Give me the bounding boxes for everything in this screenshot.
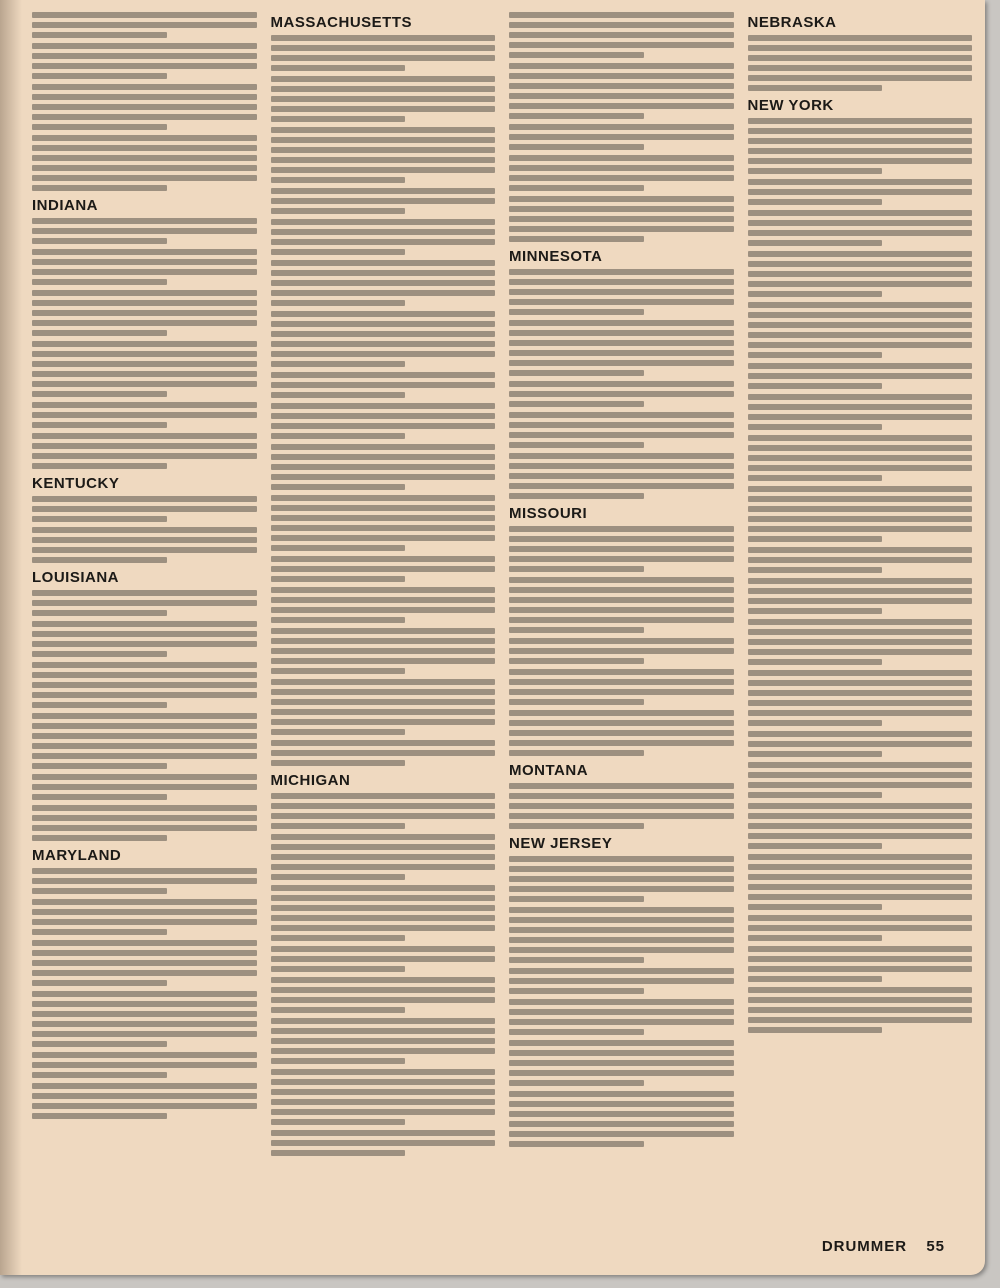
state-heading: NEBRASKA [748,14,973,31]
ad-text-line [32,341,257,347]
ad-text-line [271,239,496,245]
ad-text-line [748,189,973,195]
ad-text-line [509,1040,734,1046]
ad-text-line [271,454,496,460]
ad-text-line [748,823,973,829]
classified-ad [32,774,257,800]
ad-text-line [271,925,496,931]
ad-text-line [509,937,734,943]
ad-text-line [509,279,734,285]
ad-text-line [509,226,734,232]
classified-ad [32,1052,257,1078]
ad-text-line [271,729,406,735]
ad-text-line [271,679,496,685]
classified-ad [32,662,257,708]
ad-text-line [271,321,496,327]
classified-ad [509,269,734,315]
ad-text-line [748,332,973,338]
ad-text-line [509,330,734,336]
ad-text-line [509,12,734,18]
ad-text-line [271,65,406,71]
ad-text-line [748,854,973,860]
ad-text-line [748,251,973,257]
ad-text-line [32,516,167,522]
ad-text-line [271,1079,496,1085]
ad-text-line [509,269,734,275]
classified-ad [271,444,496,490]
classified-ad [748,302,973,358]
classified-ad [509,155,734,191]
ad-text-line [32,1093,257,1099]
classified-ad [748,619,973,665]
ad-text-line [748,649,973,655]
ad-text-line [271,699,496,705]
ad-text-line [509,391,734,397]
ad-text-line [509,22,734,28]
ad-text-line [32,228,257,234]
ad-text-line [748,445,973,451]
ad-text-line [748,720,883,726]
ad-text-line [748,45,973,51]
ad-text-line [271,668,406,674]
ad-text-line [271,280,496,286]
classified-ad [748,363,973,389]
ad-text-line [509,927,734,933]
ad-text-line [271,628,496,634]
ad-text-line [748,536,883,542]
ad-text-line [271,813,496,819]
ad-text-line [748,629,973,635]
ad-text-line [748,352,883,358]
ad-text-line [271,525,496,531]
ad-text-line [271,854,496,860]
ad-text-line [509,216,734,222]
page-binding-shadow [0,0,22,1275]
ad-text-line [271,137,496,143]
ad-text-line [748,547,973,553]
classified-ad [271,1130,496,1156]
ad-text-line [271,106,496,112]
classified-ad [271,260,496,306]
ad-text-line [748,588,973,594]
classified-ad [32,218,257,244]
ad-text-line [748,1027,883,1033]
ad-text-line [509,1080,644,1086]
classified-ad [32,135,257,191]
ad-text-line [271,556,496,562]
ad-text-line [509,165,734,171]
ad-text-line [32,218,257,224]
ad-text-line [271,793,496,799]
ad-text-line [748,85,883,91]
ad-text-line [509,566,644,572]
classified-ad [748,179,973,205]
ad-text-line [271,361,406,367]
ad-text-line [271,219,496,225]
ad-text-line [271,823,406,829]
ad-text-line [32,259,257,265]
ad-text-line [748,230,973,236]
ad-text-line [271,915,496,921]
ad-text-line [271,966,406,972]
ad-text-line [32,527,257,533]
ad-text-line [32,733,257,739]
ad-text-line [271,1069,496,1075]
ad-text-line [748,199,883,205]
ad-text-line [271,1089,496,1095]
ad-text-line [748,639,973,645]
ad-text-line [32,590,257,596]
ad-text-line [748,210,973,216]
classified-ad [32,290,257,336]
ad-text-line [271,515,496,521]
ad-text-line [748,404,973,410]
ad-text-line [32,651,167,657]
ad-text-line [748,322,973,328]
classified-ad [748,854,973,910]
classified-ad [509,669,734,705]
ad-text-line [271,433,406,439]
ad-text-line [748,925,973,931]
ad-text-line [271,987,496,993]
ad-text-line [509,689,734,695]
ad-text-line [32,330,167,336]
ad-text-line [509,1029,644,1035]
classified-ad [32,991,257,1047]
ad-text-line [509,73,734,79]
ad-text-line [509,597,734,603]
ad-text-line [748,496,973,502]
ad-text-line [32,888,167,894]
ad-text-line [271,229,496,235]
ad-text-line [748,65,973,71]
classified-ad [271,556,496,582]
classified-ad [509,577,734,633]
ad-text-line [32,672,257,678]
classified-ad [271,793,496,829]
ad-text-line [32,960,257,966]
ad-text-line [271,464,496,470]
ad-text-line [32,371,257,377]
ad-text-line [32,320,257,326]
ad-text-line [271,1099,496,1105]
classified-ad [748,394,973,430]
ad-text-line [271,956,496,962]
ad-text-line [748,342,973,348]
ad-text-line [271,977,496,983]
ad-text-line [509,1111,734,1117]
ad-text-line [271,188,496,194]
ad-text-line [509,113,644,119]
ad-text-line [32,970,257,976]
ad-text-line [509,638,734,644]
ad-text-line [32,825,257,831]
ad-text-line [748,751,883,757]
ad-text-line [509,823,644,829]
ad-text-line [509,988,644,994]
ad-text-line [509,526,734,532]
ad-text-line [748,997,973,1003]
ad-text-line [32,506,257,512]
classified-ad [509,63,734,119]
classified-ad [32,590,257,616]
ad-text-line [509,1070,734,1076]
classified-ad [509,783,734,829]
ad-text-line [32,723,257,729]
ad-text-line [271,844,496,850]
ad-text-line [748,128,973,134]
ad-text-line [509,42,734,48]
classified-ad [271,372,496,398]
ad-text-line [748,792,883,798]
ad-text-line [748,864,973,870]
ad-text-line [271,617,406,623]
classified-ad [271,188,496,214]
ad-text-line [32,868,257,874]
classified-ad [32,805,257,841]
ad-text-line [32,104,257,110]
ad-text-line [509,422,734,428]
ad-text-line [32,238,167,244]
ad-text-line [509,866,734,872]
classified-ad [271,1069,496,1125]
ad-text-line [32,980,167,986]
ad-text-line [748,240,883,246]
ad-text-line [32,249,257,255]
ad-text-line [509,740,734,746]
ad-text-line [271,1130,496,1136]
ad-text-line [32,32,167,38]
ad-text-line [32,351,257,357]
ad-text-line [32,73,167,79]
ad-text-line [748,1007,973,1013]
ad-text-line [271,648,496,654]
ad-text-line [748,486,973,492]
ad-text-line [748,813,973,819]
ad-text-line [509,124,734,130]
ad-text-line [271,658,496,664]
ad-text-line [748,741,973,747]
classified-ad [509,381,734,407]
ad-text-line [509,103,734,109]
ad-text-line [32,53,257,59]
ad-text-line [748,168,883,174]
ad-text-line [509,63,734,69]
ad-text-line [748,424,883,430]
state-heading: NEW JERSEY [509,835,734,852]
ad-text-line [748,281,973,287]
ad-text-line [32,185,167,191]
ad-text-line [748,762,973,768]
classified-ad [509,453,734,499]
ad-text-line [509,83,734,89]
classified-ad [748,915,973,941]
classified-ad [509,856,734,902]
ad-text-line [748,578,973,584]
ad-text-line [32,165,257,171]
ad-text-line [748,987,973,993]
ad-text-line [32,805,257,811]
classified-ad [748,547,973,573]
ad-text-line [748,884,973,890]
ad-text-line [32,361,257,367]
ad-text-line [271,423,496,429]
state-heading: KENTUCKY [32,475,257,492]
ad-text-line [271,484,406,490]
ad-text-line [32,433,257,439]
ad-text-line [32,381,257,387]
classified-ad [271,977,496,1013]
ad-text-line [509,679,734,685]
ad-text-line [748,966,973,972]
classified-ad [748,435,973,481]
classified-ad [271,885,496,941]
ad-text-line [32,835,167,841]
ad-text-line [32,610,167,616]
ad-text-line [509,185,644,191]
ad-text-line [748,455,973,461]
ad-text-line [509,710,734,716]
ad-text-line [509,289,734,295]
classified-ad [509,999,734,1035]
ad-text-line [271,157,496,163]
ad-text-line [748,894,973,900]
ad-text-line [509,658,644,664]
ad-text-line [32,631,257,637]
ad-text-line [748,261,973,267]
state-heading: MINNESOTA [509,248,734,265]
ad-text-line [271,566,496,572]
ad-text-line [509,607,734,613]
ad-text-line [271,607,496,613]
ad-text-line [271,864,496,870]
ad-text-line [509,320,734,326]
ad-text-line [32,391,167,397]
classified-ad [271,679,496,735]
ad-text-line [32,290,257,296]
ad-text-line [32,774,257,780]
ad-text-line [509,1101,734,1107]
ad-text-line [271,311,496,317]
ad-text-line [271,905,496,911]
ad-text-line [271,803,496,809]
ad-text-line [509,968,734,974]
column-4: NEBRASKANEW YORK [748,8,973,1233]
classified-ad [32,12,257,38]
classified-ad [509,907,734,963]
ad-text-line [271,260,496,266]
ad-text-line [509,556,734,562]
ad-text-line [271,35,496,41]
ad-text-line [32,991,257,997]
ad-text-line [748,946,973,952]
ad-text-line [271,576,406,582]
ad-text-line [271,1119,406,1125]
ad-text-line [509,803,734,809]
ad-text-line [509,947,734,953]
ad-text-line [271,382,496,388]
publication-name: DRUMMER [822,1238,907,1255]
ad-text-line [271,1058,406,1064]
ad-text-line [509,93,734,99]
classified-ad [748,762,973,798]
classified-ad [271,76,496,122]
ad-text-line [32,463,167,469]
ad-text-line [32,794,167,800]
ad-text-line [509,793,734,799]
ad-text-line [32,940,257,946]
ad-text-line [32,453,257,459]
ad-text-line [32,114,257,120]
ad-text-line [509,886,734,892]
ad-text-line [32,155,257,161]
ad-text-line [32,412,257,418]
ad-text-line [32,537,257,543]
classified-ad [748,35,973,91]
ad-text-line [748,35,973,41]
column-1: INDIANAKENTUCKYLOUISIANAMARYLAND [32,8,257,1233]
classified-ad [32,249,257,285]
ad-text-line [271,290,496,296]
ad-text-line [748,506,973,512]
classified-ad [509,320,734,376]
ad-text-line [271,1140,496,1146]
state-heading: INDIANA [32,197,257,214]
ad-text-line [271,444,496,450]
classified-ad [748,803,973,849]
ad-text-line [509,617,734,623]
ad-text-line [32,662,257,668]
ad-text-line [509,627,644,633]
ad-text-line [32,1072,167,1078]
ad-text-line [509,340,734,346]
classified-ad [748,578,973,614]
ad-text-line [271,116,406,122]
classified-ad [509,710,734,756]
classified-ad [32,402,257,428]
ad-text-line [748,956,973,962]
ad-text-line [32,743,257,749]
state-heading: LOUISIANA [32,569,257,586]
ad-text-line [271,1150,406,1156]
ad-text-line [271,505,496,511]
ad-text-line [271,689,496,695]
ad-text-line [509,730,734,736]
ad-text-line [509,144,644,150]
ad-text-line [32,1011,257,1017]
ad-text-line [748,680,973,686]
ad-text-line [32,763,167,769]
classified-ad [271,1018,496,1064]
ad-text-line [271,55,496,61]
ad-text-line [32,929,167,935]
ad-text-line [748,915,973,921]
ad-text-line [748,118,973,124]
ad-text-line [32,175,257,181]
classified-ad [271,946,496,972]
ad-text-line [32,22,257,28]
ad-text-line [271,177,406,183]
classified-ad [271,495,496,551]
ad-text-line [32,443,257,449]
ad-text-line [271,709,496,715]
ad-text-line [509,463,734,469]
ad-text-line [271,413,496,419]
classified-ad [748,251,973,297]
ad-text-line [748,608,883,614]
ad-text-line [509,32,734,38]
ad-text-line [271,535,496,541]
